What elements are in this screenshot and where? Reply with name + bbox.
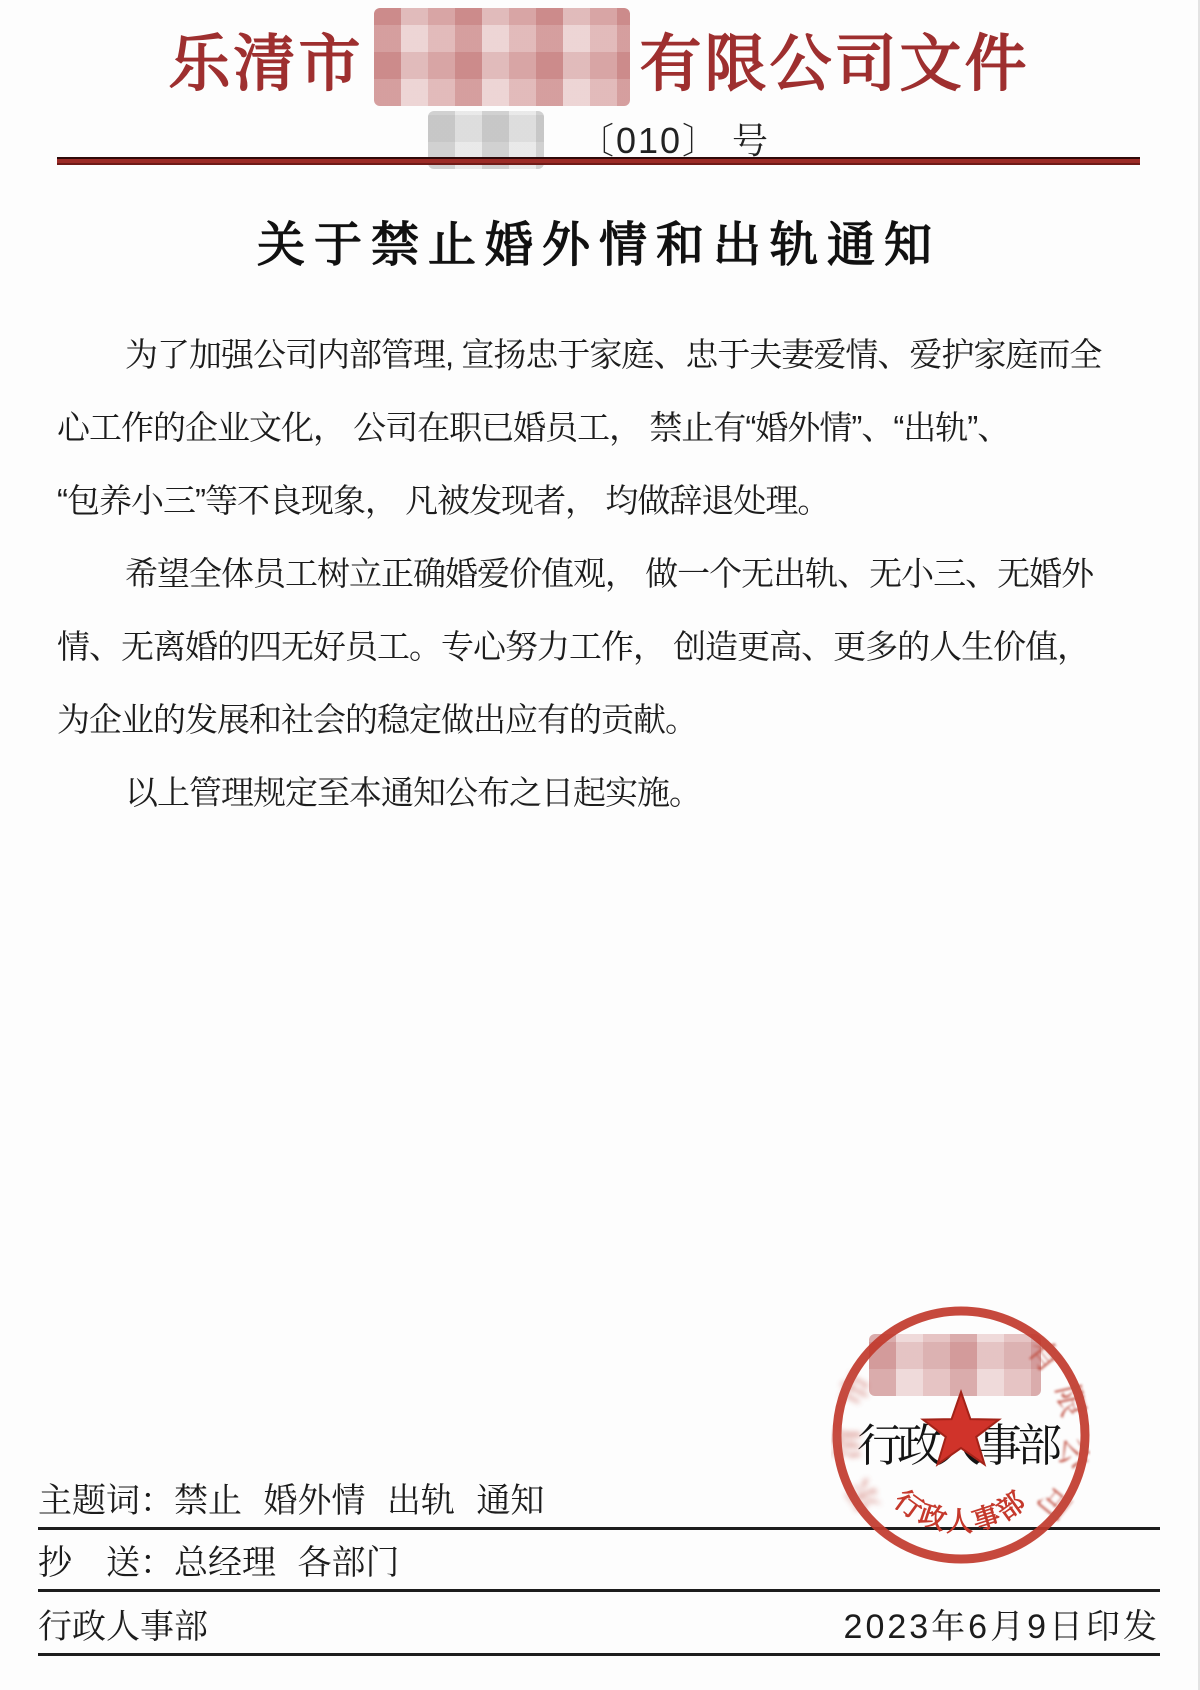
org-suffix: 有限公司文件	[640, 14, 1030, 103]
body-line: 为了加强公司内部管理, 宣扬忠于家庭、忠于夫妻爱情、爱护家庭而全	[57, 318, 1148, 391]
cc-label: 抄 送：	[38, 1535, 174, 1584]
notice-title: 关于禁止婚外情和出轨通知	[0, 206, 1198, 275]
seal-left-arc-text: 乐清市	[831, 1351, 887, 1518]
issuer-row: 行政人事部 2023年6月9日印发	[38, 1592, 1160, 1656]
document-header: 乐清市 有限公司文件	[0, 8, 1198, 108]
body-line: “包养小三”等不良现象， 凡被发现者， 均做辞退处理。	[57, 464, 1148, 537]
star-icon	[923, 1392, 999, 1464]
official-seal: 乐清市 有限公司 行政人事部	[831, 1305, 1091, 1565]
doc-number: 〔010〕 号	[578, 113, 770, 164]
body-line: 情、无离婚的四无好员工。专心努力工作， 创造更高、更多的人生价值，	[57, 610, 1148, 683]
seal-bottom-arc-text: 行政人事部	[889, 1485, 1033, 1538]
keywords-label: 主题词：	[38, 1473, 174, 1522]
issuer-name: 行政人事部	[38, 1599, 208, 1648]
keywords-value: 禁止 婚外情 出轨 通知	[174, 1473, 544, 1522]
redacted-company-name	[374, 8, 630, 106]
org-prefix: 乐清市	[168, 14, 363, 103]
issue-date: 2023年6月9日印发	[844, 1599, 1160, 1648]
cc-value: 总经理 各部门	[174, 1535, 399, 1584]
body-line: 心工作的企业文化， 公司在职已婚员工， 禁止有“婚外情”、“出轨”、	[57, 391, 1148, 464]
body-line: 为企业的发展和社会的稳定做出应有的贡献。	[57, 683, 1148, 756]
red-divider-line	[57, 157, 1140, 165]
body-line: 以上管理规定至本通知公布之日起实施。	[57, 756, 1148, 829]
document-page: 乐清市 有限公司文件 〔010〕 号 关于禁止婚外情和出轨通知 为了加强公司内部…	[0, 0, 1200, 1690]
body-line: 希望全体员工树立正确婚爱价值观， 做一个无出轨、无小三、无婚外	[57, 537, 1148, 610]
notice-body: 为了加强公司内部管理, 宣扬忠于家庭、忠于夫妻爱情、爱护家庭而全 心工作的企业文…	[57, 318, 1148, 829]
